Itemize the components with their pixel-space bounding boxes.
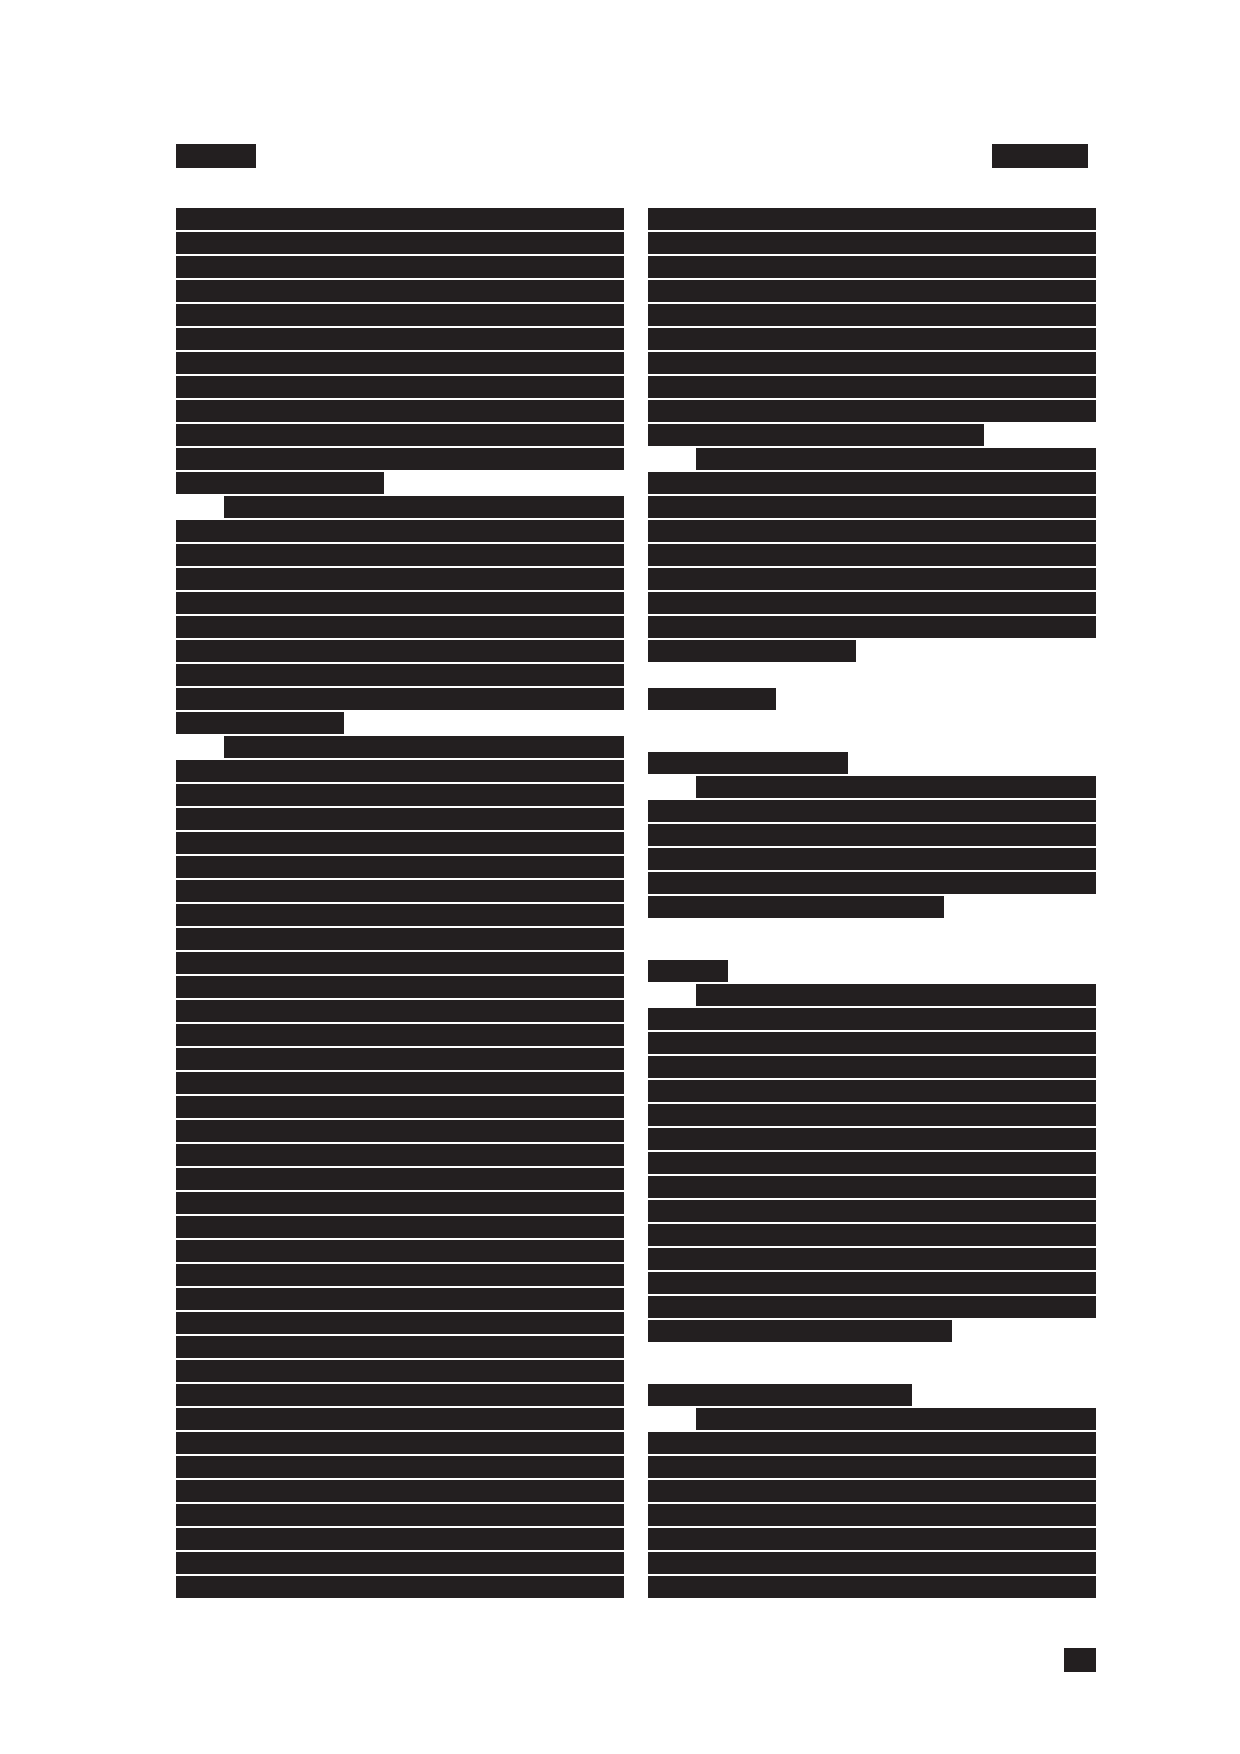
redacted-text-line [648,1456,1096,1478]
redacted-text-line [176,472,384,494]
redacted-text-line [696,776,1096,798]
redacted-text-line [648,568,1096,590]
redacted-text-line [176,304,624,326]
redacted-text-line [648,960,728,982]
redacted-text-line [696,448,1096,470]
redacted-text-line [176,448,624,470]
redacted-text-line [176,208,624,230]
redacted-text-line [176,1216,624,1238]
redacted-text-line [648,616,1096,638]
redacted-text-line [648,544,1096,566]
redacted-text-line [648,376,1096,398]
redacted-text-line [648,328,1096,350]
redacted-text-line [648,1080,1096,1102]
redacted-text-line [648,1224,1096,1246]
redacted-text-line [648,1480,1096,1502]
redacted-text-line [176,1264,624,1286]
redacted-text-line [648,400,1096,422]
redacted-text-line [176,976,624,998]
redacted-text-line [176,256,624,278]
redacted-text-line [176,1336,624,1358]
redacted-text-line [648,752,848,774]
redacted-text-line [176,1576,624,1598]
redacted-text-line [224,736,624,758]
redacted-text-line [648,688,776,710]
redacted-text-line [176,1408,624,1430]
redacted-text-line [176,1528,624,1550]
redacted-text-line [176,1480,624,1502]
redacted-text-line [176,880,624,902]
redacted-text-line [176,688,624,710]
redacted-text-line [176,424,624,446]
redacted-text-line [648,1552,1096,1574]
redacted-text-line [648,1152,1096,1174]
redacted-text-line [176,1504,624,1526]
redacted-text-line [648,872,1096,894]
redacted-text-line [176,520,624,542]
page-number-redacted [1064,1648,1096,1672]
redacted-text-line [648,1128,1096,1150]
redacted-text-line [176,904,624,926]
redacted-text-line [696,984,1096,1006]
running-header-left-redacted [176,144,256,168]
redacted-text-line [648,352,1096,374]
redacted-text-line [176,928,624,950]
redacted-text-line [176,400,624,422]
redacted-text-line [648,1432,1096,1454]
redacted-text-line [176,1168,624,1190]
redacted-text-line [648,520,1096,542]
redacted-text-line [176,1312,624,1334]
redacted-text-line [648,1296,1096,1318]
redacted-text-line [176,832,624,854]
redacted-text-line [176,1048,624,1070]
redacted-text-line [648,1504,1096,1526]
redacted-text-line [176,784,624,806]
redacted-text-line [648,1528,1096,1550]
redacted-text-line [176,280,624,302]
redacted-text-line [648,1320,952,1342]
redacted-text-line [176,1120,624,1142]
redacted-text-line [176,1192,624,1214]
redacted-text-line [648,424,984,446]
redacted-text-line [176,664,624,686]
redacted-text-line [648,592,1096,614]
redacted-text-line [648,208,1096,230]
redacted-text-line [176,1144,624,1166]
redacted-text-line [176,1384,624,1406]
redacted-text-line [176,1240,624,1262]
redacted-text-line [648,800,1096,822]
redacted-text-line [648,1056,1096,1078]
redacted-text-line [176,856,624,878]
redacted-text-line [176,232,624,254]
redacted-text-line [176,592,624,614]
redacted-text-line [648,824,1096,846]
redacted-text-line [648,232,1096,254]
redacted-text-line [176,1024,624,1046]
redacted-text-line [648,1104,1096,1126]
redacted-text-line [224,496,624,518]
redacted-text-line [696,1408,1096,1430]
redacted-text-line [648,256,1096,278]
redacted-text-line [648,1272,1096,1294]
redacted-text-line [176,1432,624,1454]
running-header-right-redacted [992,144,1088,168]
redacted-text-line [176,1456,624,1478]
redacted-text-line [176,760,624,782]
redacted-text-line [176,328,624,350]
redacted-text-line [648,1248,1096,1270]
redacted-text-line [648,1576,1096,1598]
redacted-text-line [176,640,624,662]
redacted-text-line [176,1288,624,1310]
redacted-text-line [648,472,1096,494]
redacted-text-line [648,1032,1096,1054]
redacted-text-line [176,1000,624,1022]
redacted-text-line [176,544,624,566]
redacted-text-line [648,1200,1096,1222]
redacted-text-line [648,896,944,918]
redacted-text-line [648,1384,912,1406]
redacted-text-line [648,304,1096,326]
redacted-text-line [648,848,1096,870]
redacted-text-line [176,568,624,590]
redacted-text-line [176,1360,624,1382]
redacted-text-line [176,1096,624,1118]
redacted-text-line [176,808,624,830]
redacted-text-line [176,1072,624,1094]
redacted-text-line [176,712,344,734]
redacted-text-line [648,1176,1096,1198]
redacted-text-line [176,1552,624,1574]
redacted-text-line [176,376,624,398]
redacted-text-line [648,496,1096,518]
redacted-text-line [176,616,624,638]
redacted-text-line [648,640,856,662]
redacted-text-line [648,280,1096,302]
redacted-text-line [648,1008,1096,1030]
redacted-text-line [176,952,624,974]
redacted-text-line [176,352,624,374]
